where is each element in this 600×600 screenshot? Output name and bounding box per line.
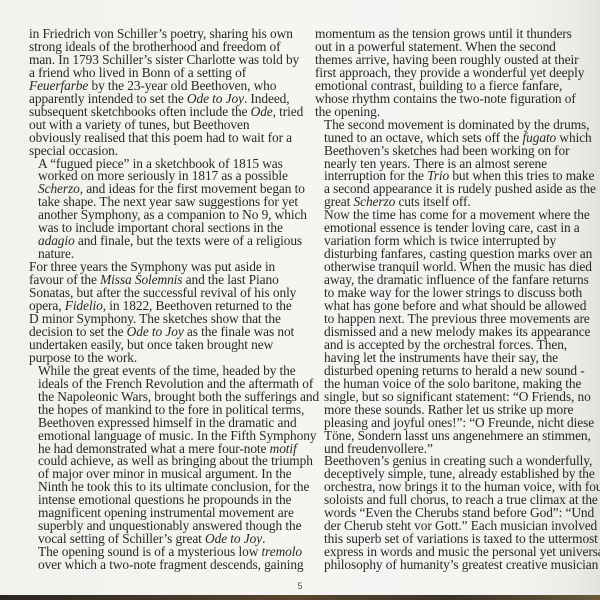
paragraph: The second movement is dominated by the … <box>315 119 585 210</box>
paragraph: Now the time has come for a movement whe… <box>315 209 585 455</box>
paragraph: The opening sound is of a mysterious low… <box>29 546 293 572</box>
left-text-column: in Friedrich von Schiller’s poetry, shar… <box>29 28 293 572</box>
paragraph: Beethoven’s genius in creating such a wo… <box>315 455 585 572</box>
paragraph: momentum as the tension grows until it t… <box>315 28 585 119</box>
paragraph: For three years the Symphony was put asi… <box>29 261 293 365</box>
paragraph: While the great events of the time, head… <box>29 365 293 546</box>
text-run: , tried <box>273 104 304 119</box>
italic-title: Ode <box>251 104 273 119</box>
right-text-column: momentum as the tension grows until it t… <box>315 28 585 572</box>
page-number: 5 <box>0 581 600 591</box>
text-line: over which a two-note fragment descends,… <box>29 559 293 572</box>
text-run: and finale, but the texts were of a reli… <box>75 233 302 248</box>
paragraph: A “fugued piece” in a sketchbook of 1815… <box>29 158 293 262</box>
paragraph: in Friedrich von Schiller’s poetry, shar… <box>29 28 293 158</box>
booklet-page: in Friedrich von Schiller’s poetry, shar… <box>0 0 600 596</box>
text-run: over which a two-note fragment descends,… <box>38 557 304 572</box>
bottom-edge-strip <box>0 595 600 600</box>
text-line: philosophy of humanity’s greatest creati… <box>315 559 585 572</box>
text-run: philosophy of humanity’s greatest creati… <box>324 557 600 572</box>
